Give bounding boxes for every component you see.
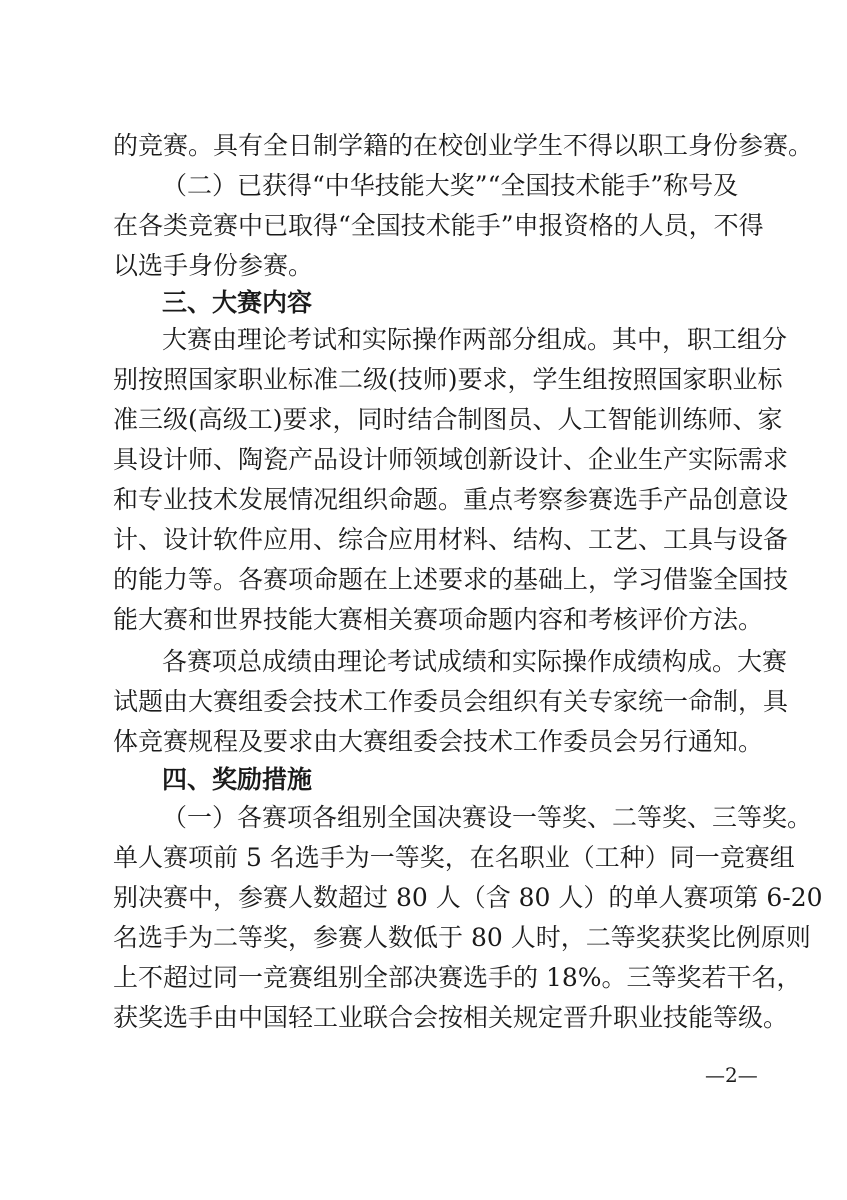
paragraph-line: 别决赛中，参赛人数超过 80 人（含 80 人）的单人赛项第 6-20: [113, 878, 737, 918]
paragraph-line: 的竞赛。具有全日制学籍的在校创业学生不得以职工身份参赛。: [113, 126, 737, 166]
document-page: 的竞赛。具有全日制学籍的在校创业学生不得以职工身份参赛。 （二）已获得“中华技能…: [0, 0, 847, 1200]
paragraph-line: 别按照国家职业标准二级(技师)要求，学生组按照国家职业标: [113, 360, 737, 400]
paragraph-line: 在各类竞赛中已取得“全国技术能手”申报资格的人员，不得: [113, 206, 737, 246]
paragraph-line: 和专业技术发展情况组织命题。重点考察参赛选手产品创意设: [113, 480, 737, 520]
paragraph-line: 名选手为二等奖，参赛人数低于 80 人时，二等奖获奖比例原则: [113, 918, 737, 958]
paragraph-line: 以选手身份参赛。: [113, 246, 737, 286]
paragraph-line: 获奖选手由中国轻工业联合会按相关规定晋升职业技能等级。: [113, 998, 737, 1038]
paragraph-line: 准三级(高级工)要求，同时结合制图员、人工智能训练师、家: [113, 400, 737, 440]
paragraph-line: 的能力等。各赛项命题在上述要求的基础上，学习借鉴全国技: [113, 560, 737, 600]
paragraph-line: 各赛项总成绩由理论考试成绩和实际操作成绩构成。大赛: [162, 642, 737, 682]
paragraph-line: 上不超过同一竞赛组别全部决赛选手的 18%。三等奖若干名，: [113, 958, 737, 998]
paragraph-line: 具设计师、陶瓷产品设计师领域创新设计、企业生产实际需求: [113, 440, 737, 480]
paragraph-line: 体竞赛规程及要求由大赛组委会技术工作委员会另行通知。: [113, 722, 737, 762]
paragraph-line: 计、设计软件应用、综合应用材料、结构、工艺、工具与设备: [113, 520, 737, 560]
page-number: —2—: [705, 1063, 758, 1087]
paragraph-line: 试题由大赛组委会技术工作委员会组织有关专家统一命制，具: [113, 682, 737, 722]
paragraph-line: 单人赛项前 5 名选手为一等奖，在名职业（工种）同一竞赛组: [113, 838, 737, 878]
section-heading-rewards: 四、奖励措施: [162, 760, 312, 800]
paragraph-line: （二）已获得“中华技能大奖”“全国技术能手”称号及: [162, 166, 737, 206]
paragraph-line: （一）各赛项各组别全国决赛设一等奖、二等奖、三等奖。: [162, 798, 737, 838]
paragraph-line: 能大赛和世界技能大赛相关赛项命题内容和考核评价方法。: [113, 600, 737, 640]
section-heading-content: 三、大赛内容: [162, 283, 312, 323]
paragraph-line: 大赛由理论考试和实际操作两部分组成。其中，职工组分: [162, 320, 737, 360]
